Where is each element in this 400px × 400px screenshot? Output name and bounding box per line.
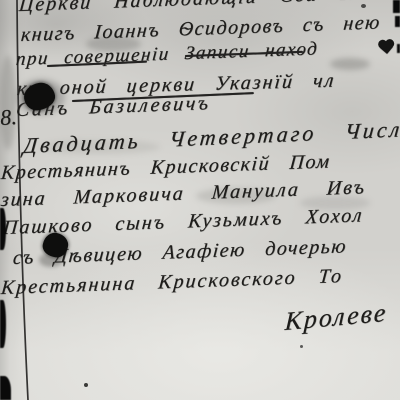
- ink-smear: [330, 58, 370, 70]
- scan-edge-artifact: [393, 0, 400, 13]
- scan-edge-artifact: [0, 300, 6, 348]
- pencil-smudge: [0, 55, 16, 150]
- scan-edge-artifact: [0, 208, 6, 250]
- scan-edge-artifact: [395, 16, 400, 27]
- document-scan: Церкви Наблюдающій Сей Кни книгъ Іоаннъ …: [0, 0, 400, 400]
- margin-entry-number: 8.: [0, 105, 17, 130]
- ink-speck: [84, 383, 88, 387]
- ink-speck: [361, 4, 366, 8]
- ink-speck: [300, 345, 303, 348]
